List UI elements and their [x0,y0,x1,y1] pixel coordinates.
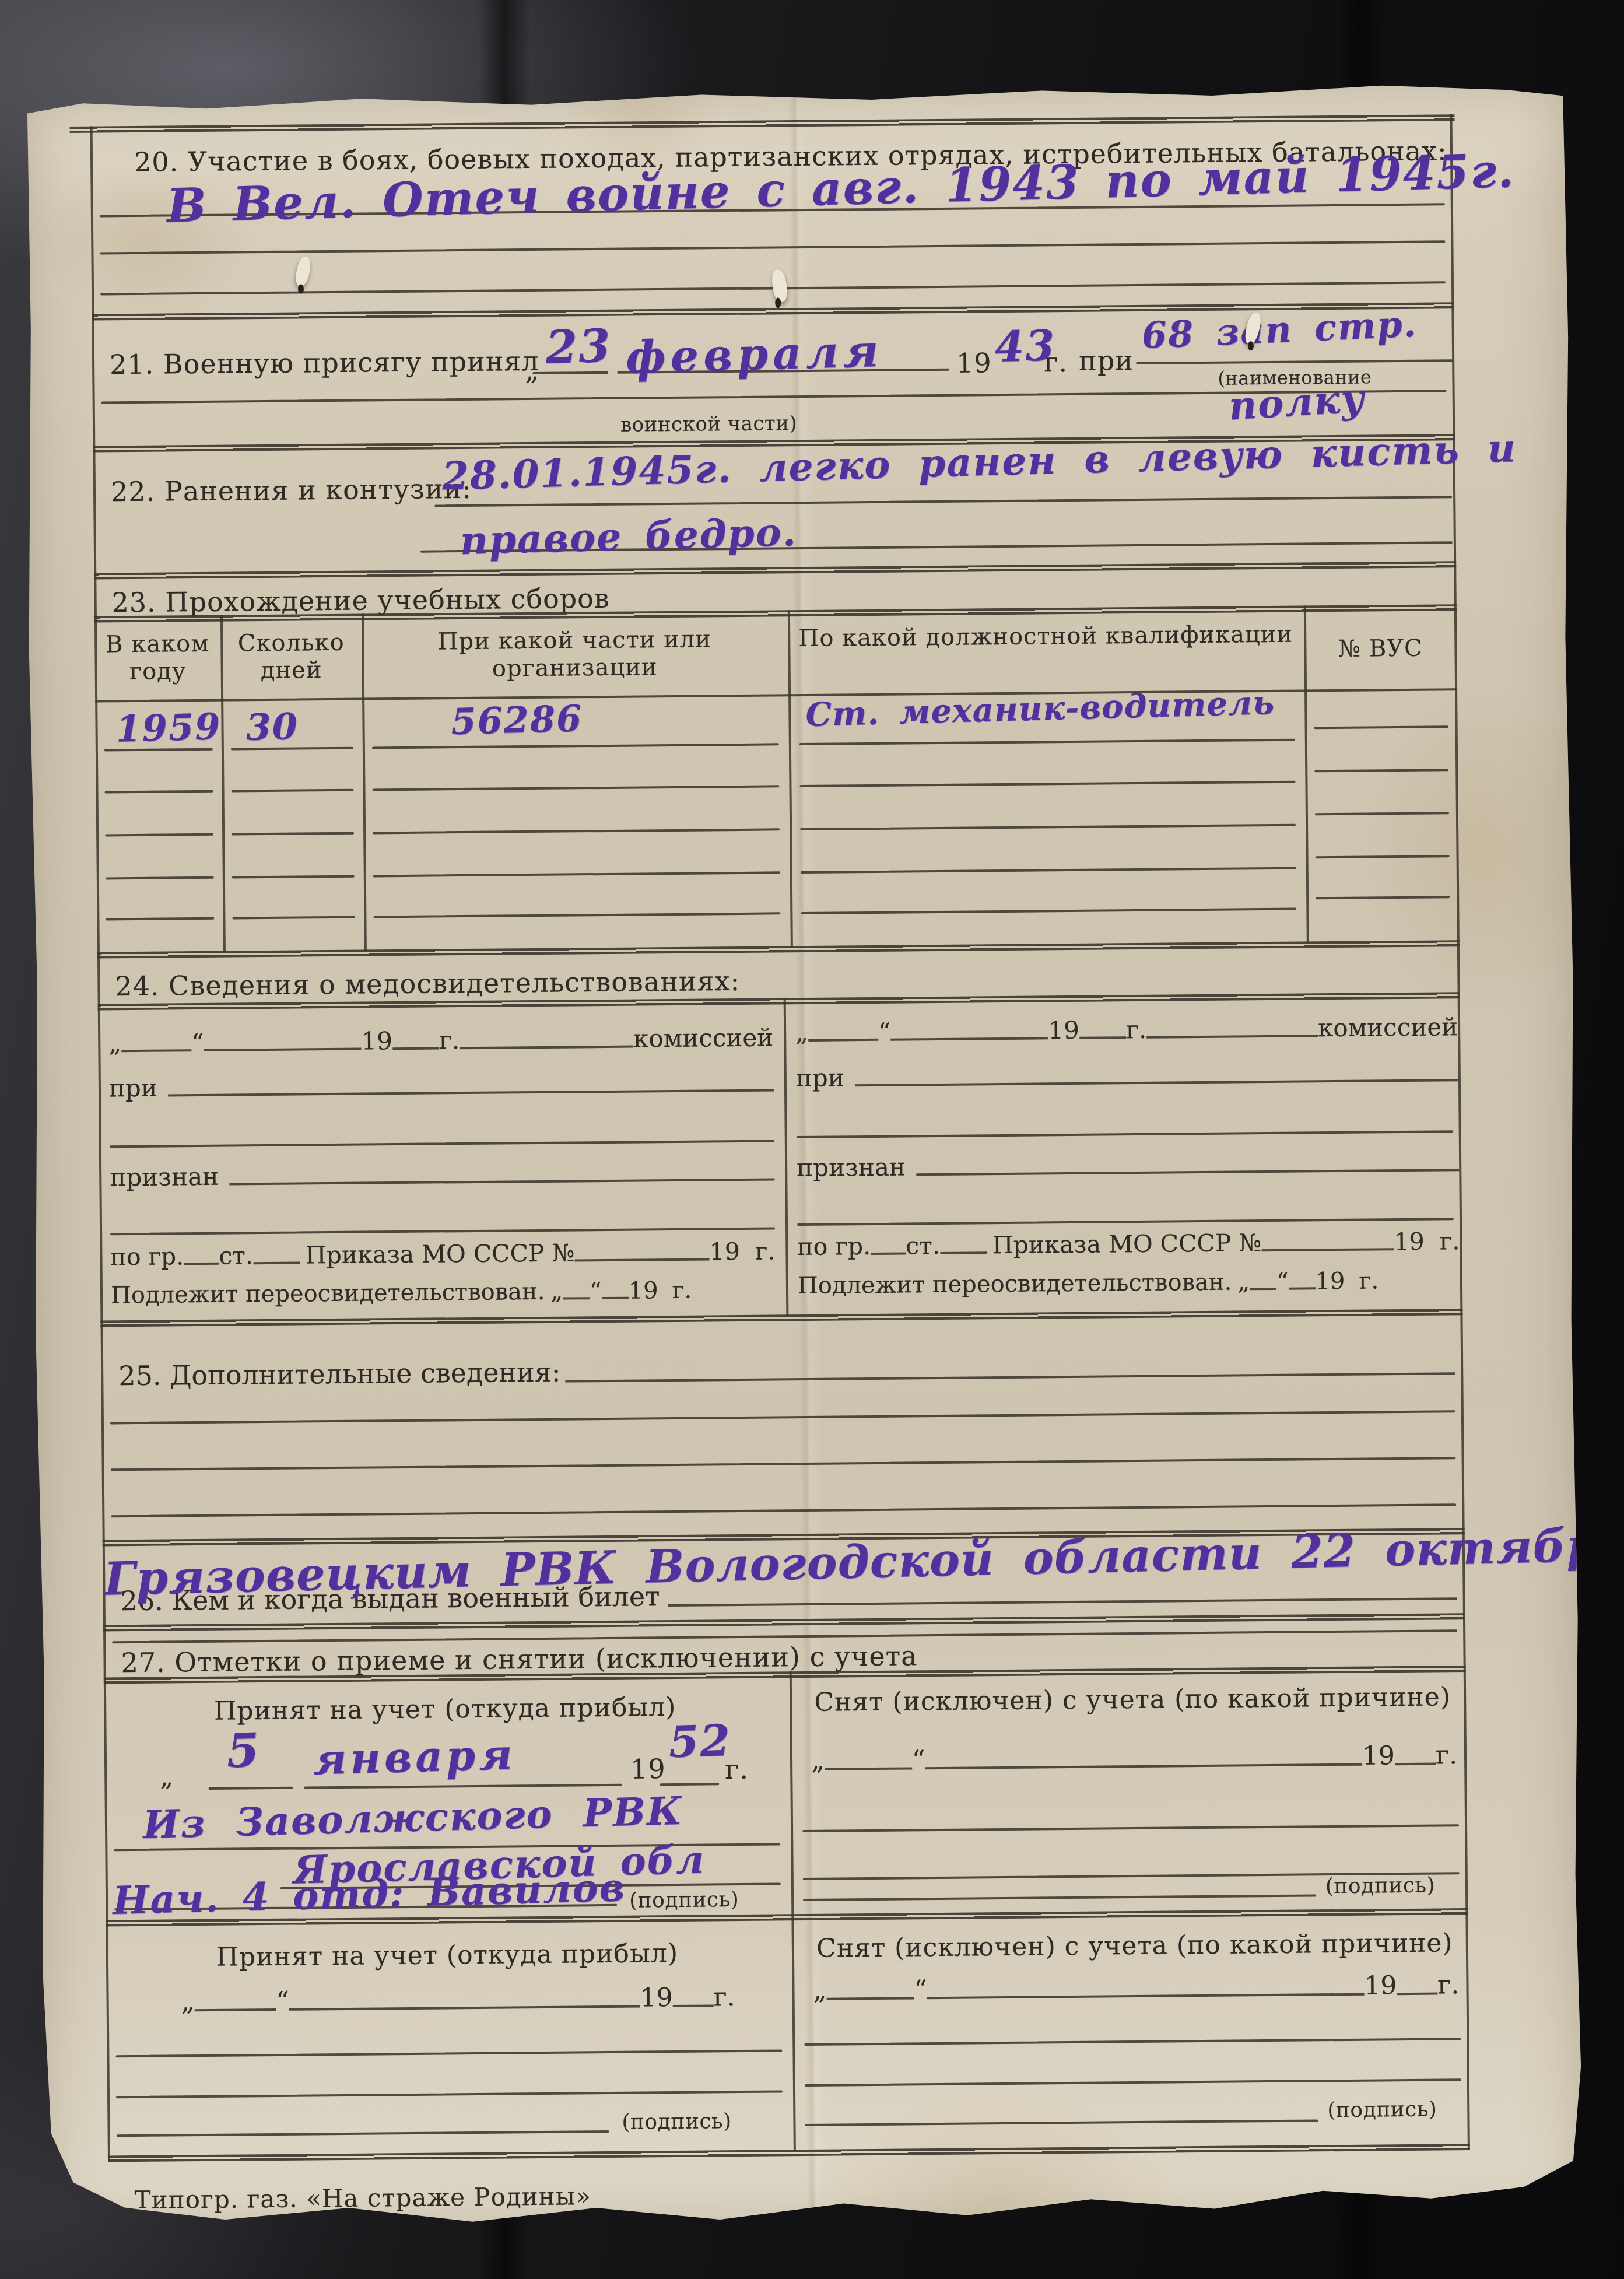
blank-line [460,1044,633,1050]
blank-line [110,1139,774,1148]
rule [805,2119,1318,2126]
rule [372,785,779,791]
recognized-word: признан [797,1152,906,1182]
at-word: при [109,1074,157,1103]
accept-month-handwriting: января [313,1729,516,1784]
rule [231,789,353,793]
table-column-rule [1304,605,1309,942]
rule [106,917,214,921]
close-quote: “ [878,1018,891,1046]
rule [660,1783,719,1786]
frame-right-rule [1450,114,1469,2150]
blank-line [797,1218,1454,1226]
accept-header: Принят на учет (откуда прибыл) [141,1938,753,1973]
oath-year-handwriting: 43 [994,320,1056,371]
staple-hole-speck [298,284,304,293]
rule [208,1787,293,1790]
wounds-handwriting-line2: правое бедро. [460,509,798,563]
accept-year-handwriting: 52 [668,1716,732,1768]
blank-line [1289,1286,1316,1289]
rule [799,739,1295,745]
blank-line [392,1046,439,1050]
staple-hole-speck [775,297,781,308]
rule [304,1784,622,1789]
col-header-qualification: По какой должностной квалификации [794,621,1297,653]
frame-bottom-rule [108,2144,1470,2162]
blank-line [804,2038,1461,2046]
at-word: при [796,1063,844,1092]
blank-line [805,2078,1461,2087]
table-column-rule [788,610,793,947]
med-recognized-row: признан [110,1157,774,1191]
year-prefix: 19 [956,347,992,379]
by-group: по гр. [110,1242,184,1271]
blank-line [565,1371,1455,1382]
form-frame: 20. Участие в боях, боевых походах, парт… [90,114,1471,2173]
open-quote: „ [1237,1268,1250,1295]
year-prefix: 19 [630,1753,666,1785]
year-suffix: г. [713,1982,735,2012]
med-order-row: по гр.ст.Приказа МО СССР №19г. [797,1227,1460,1261]
col-header-unit: При какой части или организации [367,625,782,684]
blank-line [673,2003,714,2007]
blank-line [121,1048,191,1052]
open-quote: „ [811,1746,825,1776]
close-quote: “ [914,1975,927,2004]
year-suffix: г. [1126,1015,1147,1044]
by-group: по гр. [797,1232,871,1261]
frame-top-rule [70,114,1455,133]
table-column-rule [220,615,226,952]
year-prefix: 19 [710,1237,741,1265]
rule [801,867,1296,874]
col-header-days: Сколько дней [226,629,356,685]
year-prefix: 19 [640,1983,672,2012]
year-suffix: г. [755,1237,776,1265]
rule [232,916,355,920]
article-word: ст. [906,1232,940,1260]
remove-date-row: „“19г. [813,1970,1459,2005]
oath-day-handwriting: 23 [545,320,612,374]
unit-handwriting-line2: полку [1227,375,1367,429]
med-at-row: при [109,1068,774,1102]
blank-line [111,1457,1456,1471]
section-separator [103,1613,1465,1631]
signature-label: (подпись) [629,1888,739,1913]
open-quote: „ [550,1278,563,1305]
signature-label: (подпись) [1327,2098,1437,2123]
blank-line [289,2004,640,2011]
signature-label: (подпись) [622,2109,732,2134]
table-bottom-rule [97,940,1460,958]
year-prefix: 19 [1394,1228,1425,1256]
open-quote: „ [108,1029,121,1057]
wounds-handwriting-line1: 28.01.1945г. легко ранен в левую кисть и [441,425,1517,499]
year-suffix: г. [1440,1227,1460,1255]
open-quote: „ [795,1018,808,1047]
training-qualification-handwriting: Ст. механик-водитель [805,683,1275,734]
remove-header: Снят (исключен) с учета (по какой причин… [807,1682,1458,1718]
scanned-military-id-page: 20. Участие в боях, боевых походах, парт… [0,0,1624,2279]
blank-line [802,1824,1459,1832]
blank-line [168,1088,774,1096]
recognized-word: признан [110,1162,219,1192]
med-at-row: при [796,1058,1458,1092]
open-quote: „ [813,1976,826,2005]
blank-line [668,1596,1457,1607]
year-suffix: г. [1359,1267,1379,1294]
blank-line [855,1078,1458,1086]
close-quote: “ [590,1278,602,1305]
rule [1316,896,1450,899]
blank-line [916,1167,1459,1176]
year-suffix: г. [1436,1740,1457,1770]
staple-hole-speck [1248,341,1254,350]
blank-line [229,1177,774,1185]
rule [105,833,213,837]
blank-line [871,1251,906,1255]
rule [1314,769,1448,772]
year-prefix: 19 [1315,1268,1345,1295]
accept-signature-handwriting: Нач. 4 отд: Вавилов [112,1864,626,1923]
article-word: ст. [219,1242,253,1270]
year-prefix: 19 [628,1277,658,1304]
section-21-label: 21. Военную присягу принял [110,345,539,380]
blank-line [1395,1762,1436,1766]
accept-header: Принят на учет (откуда прибыл) [139,1692,751,1727]
open-quote: „ [160,1762,174,1791]
accept-from-line1-handwriting: Из Заволжского РВК [142,1788,683,1847]
remove-date-row: „“19г. [811,1740,1457,1776]
year-suffix: г. [672,1277,692,1304]
blank-line [925,1762,1362,1770]
at-word: при [1079,345,1134,377]
rule [373,871,780,877]
year-prefix: 19 [1364,1971,1397,2000]
blank-line [808,1037,878,1042]
rule [434,496,1452,507]
year-suffix: г. [1437,1970,1459,2000]
med-date-row: „“19г.комиссией [795,1012,1458,1047]
unit-caption-line2: воинской части) [620,412,798,437]
blank-line [1146,1033,1318,1039]
med-date-row: „“19г.комиссией [108,1023,773,1057]
blank-line [574,1257,709,1261]
blank-line [115,2049,782,2057]
year-prefix: 19 [1362,1741,1395,1770]
blank-line [110,1227,775,1235]
section-25-label: 25. Дополнительные сведения: [118,1356,561,1392]
training-days-handwriting: 30 [245,705,299,749]
rule [373,828,780,834]
blank-line [927,1992,1365,2000]
close-quote: “ [276,1986,289,2016]
blank-line [602,1296,629,1299]
blank-line [253,1261,300,1265]
reexam-word: Подлежит переосвидетельствован. [798,1269,1232,1299]
blank-line [826,1996,914,2000]
order-word: Приказа МО СССР № [992,1229,1262,1259]
year-prefix: 19 [361,1026,392,1055]
med-box-divider [784,998,789,1316]
med-box-bottom-rule [100,1309,1462,1327]
rule [1314,725,1448,729]
blank-line [563,1296,590,1299]
rule [803,1894,1316,1901]
oath-month-handwriting: февраля [625,325,883,384]
open-quote: „ [525,355,539,386]
blank-line [797,1130,1453,1138]
training-unit-handwriting: 56286 [451,697,584,743]
med-order-row: по гр.ст.Приказа МО СССР №19г. [110,1237,775,1271]
rule [232,875,355,879]
rule [800,824,1296,830]
open-quote: „ [181,1987,194,2017]
section-25-row: 25. Дополнительные сведения: [118,1348,1455,1391]
med-reexam-row: Подлежит переосвидетельствован.„“19г. [111,1276,776,1309]
table-divider [790,1671,796,2150]
order-word: Приказа МО СССР № [306,1239,575,1269]
blank-line [1250,1286,1276,1290]
section-separator [94,561,1456,579]
rule [372,743,779,749]
col-header-vus: № ВУС [1310,634,1451,663]
rule [799,781,1295,787]
rule [117,2130,609,2137]
signature-label: (подпись) [1325,1874,1436,1899]
blank-line [1079,1035,1126,1039]
rule [100,240,1445,254]
table-column-rule [362,614,367,951]
blank-line [1261,1247,1394,1251]
col-header-year: В каком году [100,630,215,686]
blank-line [1397,1992,1438,1996]
med-recognized-row: признан [797,1148,1459,1182]
commission-word: комиссией [633,1023,774,1053]
blank-line [111,1503,1456,1517]
rule [1316,855,1450,858]
blank-line [195,2007,276,2011]
rule [1315,812,1449,815]
blank-line [204,1047,362,1051]
blank-line [110,1410,1455,1424]
frame-left-rule [90,127,110,2162]
commission-word: комиссией [1318,1012,1458,1042]
document-paper: 20. Участие в боях, боевых походах, парт… [21,80,1586,2229]
blank-line [184,1261,219,1265]
rule [801,908,1296,914]
reexam-word: Подлежит переосвидетельствован. [111,1278,545,1309]
close-quote: “ [191,1028,204,1057]
year-suffix: г. [439,1026,460,1054]
blank-line [890,1036,1048,1040]
close-quote: “ [1276,1268,1289,1295]
blank-line [825,1766,912,1770]
section-22-label: 22. Ранения и контузии: [111,473,472,507]
remove-header: Снят (исключен) с учета (по какой причин… [809,1928,1460,1964]
blank-line [116,2090,783,2098]
accept-day-handwriting: 5 [226,1723,261,1778]
rule [373,912,780,918]
rule [1136,359,1453,364]
med-reexam-row: Подлежит переосвидетельствован.„“19г. [798,1267,1460,1299]
rule [106,876,214,880]
rule [105,790,213,794]
blank-line [940,1250,987,1254]
rule [232,832,354,836]
close-quote: “ [912,1745,925,1775]
training-year-handwriting: 1959 [115,705,222,751]
year-prefix: 19 [1048,1016,1079,1044]
section-24-label: 24. Сведения о медосвидетельствованиях: [115,965,740,1002]
accept-date-row: „“19г. [181,1982,735,2017]
